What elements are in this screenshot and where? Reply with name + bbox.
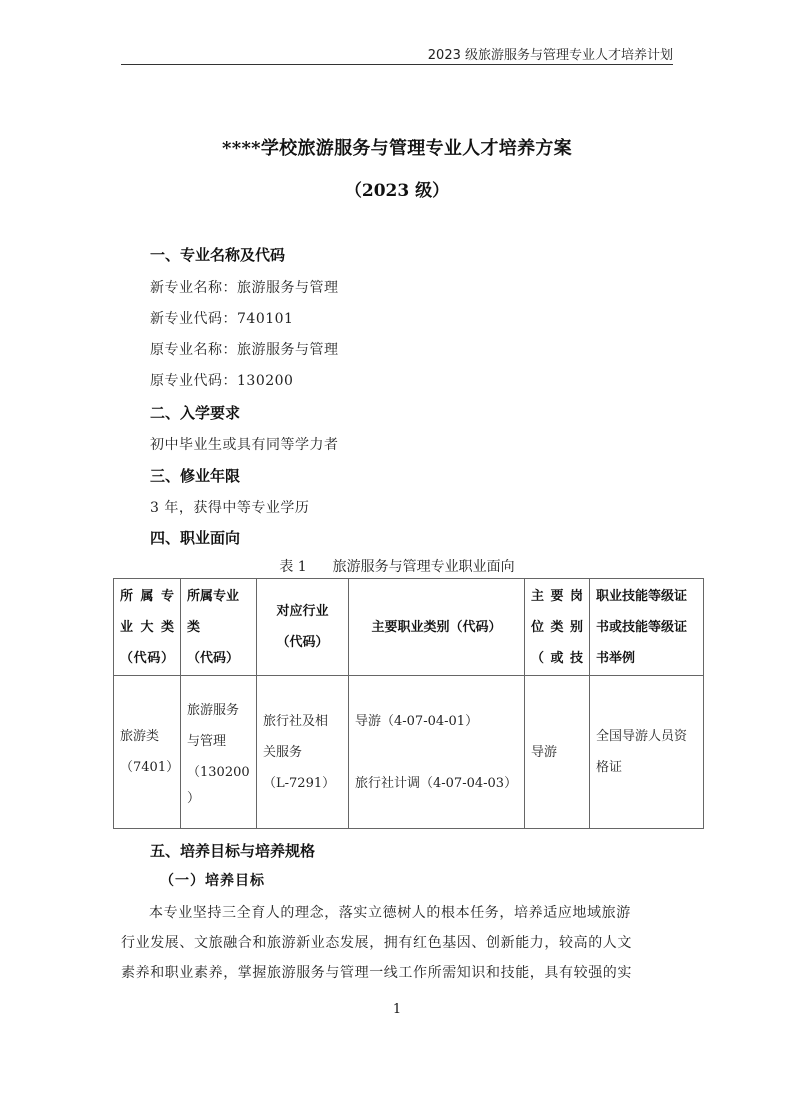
section-3-heading: 三、修业年限 (150, 465, 240, 486)
training-goal-paragraph: 本专业坚持三全育人的理念，落实立德树人的根本任务，培养适应地域旅游 行业发展、文… (121, 898, 676, 988)
cell-industry: 旅行社及相 关服务 （L-7291） (257, 676, 349, 829)
career-orientation-table: 所 属 专 业 大 类 （代码） 所属专业 类 （代码） 对应行业 （代码） 主… (113, 578, 704, 829)
document-title: ****学校旅游服务与管理专业人才培养方案 (0, 134, 794, 160)
subsection-training-goal-heading: （一）培养目标 (160, 870, 265, 890)
header-industry: 对应行业 （代码） (257, 579, 349, 676)
cell-major-category: 旅游类 （7401） (114, 676, 181, 829)
old-major-name: 原专业名称：旅游服务与管理 (150, 339, 339, 359)
study-duration: 3 年，获得中等专业学历 (150, 497, 309, 517)
table-header-row: 所 属 专 业 大 类 （代码） 所属专业 类 （代码） 对应行业 （代码） 主… (114, 579, 704, 676)
header-major-category: 所 属 专 业 大 类 （代码） (114, 579, 181, 676)
table-row: 旅游类 （7401） 旅游服务 与管理 （130200 ） 旅行社及相 关服务 … (114, 676, 704, 829)
page-header: 2023 级旅游服务与管理专业人才培养计划 (121, 38, 673, 65)
new-major-name: 新专业名称：旅游服务与管理 (150, 277, 339, 297)
cell-certificates: 全国导游人员资 格证 (590, 676, 704, 829)
cell-occupations: 导游（4-07-04-01） 旅行社计调（4-07-04-03） (349, 676, 525, 829)
section-5-heading: 五、培养目标与培养规格 (150, 840, 315, 861)
table-caption: 表 1旅游服务与管理专业职业面向 (0, 556, 794, 576)
section-4-heading: 四、职业面向 (150, 527, 240, 548)
cell-major-class: 旅游服务 与管理 （130200 ） (181, 676, 257, 829)
header-major-class: 所属专业 类 （代码） (181, 579, 257, 676)
new-major-code: 新专业代码：740101 (150, 308, 293, 328)
section-2-heading: 二、入学要求 (150, 402, 240, 423)
document-subtitle: （2023 级） (0, 176, 794, 201)
cell-positions: 导游 (525, 676, 590, 829)
page-number: 1 (0, 1002, 794, 1017)
header-text: 2023 级旅游服务与管理专业人才培养计划 (428, 44, 673, 63)
old-major-code: 原专业代码：130200 (150, 370, 293, 390)
header-certificates: 职业技能等级证 书或技能等级证 书举例 (590, 579, 704, 676)
admission-requirement: 初中毕业生或具有同等学力者 (150, 434, 339, 454)
header-positions: 主 要 岗 位 类 别 （ 或 技 (525, 579, 590, 676)
section-1-heading: 一、专业名称及代码 (150, 244, 285, 265)
table-caption-number: 表 1 (279, 559, 306, 575)
table-caption-title: 旅游服务与管理专业职业面向 (333, 559, 515, 575)
header-occupations: 主要职业类别（代码） (349, 579, 525, 676)
